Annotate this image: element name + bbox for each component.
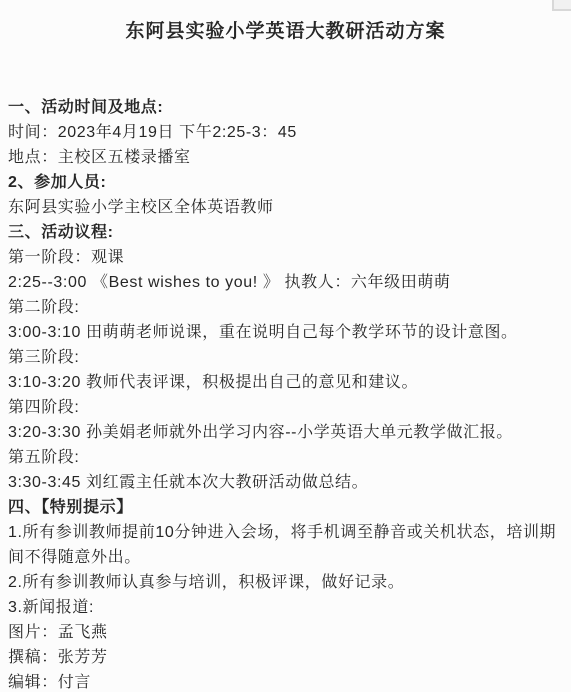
- document-line-phase1-detail: 2:25--3:00 《Best wishes to you! 》 执教人：六年…: [8, 270, 567, 295]
- section-heading-time-location: 一、活动时间及地点:: [8, 95, 567, 120]
- document-line-phase4-detail: 3:20-3:30 孙美娟老师就外出学习内容--小学英语大单元教学做汇报。: [8, 420, 567, 445]
- document-line-editor-credit: 编辑：付言: [8, 670, 567, 692]
- document-body: 一、活动时间及地点: 时间：2023年4月19日 下午2:25-3：45 地点：…: [0, 95, 571, 692]
- document-line-phase4-label: 第四阶段:: [8, 395, 567, 420]
- document-line-participants: 东阿县实验小学主校区全体英语教师: [8, 195, 567, 220]
- section-heading-special-notes: 四、【特别提示】: [8, 495, 567, 520]
- document-line-writer-credit: 撰稿：张芳芳: [8, 645, 567, 670]
- cropped-window-corner-artifact: [552, 0, 571, 11]
- document-line-location: 地点：主校区五楼录播室: [8, 145, 567, 170]
- document-line-phase5-detail: 3:30-3:45 刘红霞主任就本次大教研活动做总结。: [8, 470, 567, 495]
- document-line-phase1-label: 第一阶段：观课: [8, 245, 567, 270]
- document-line-note2: 2.所有参训教师认真参与培训，积极评课，做好记录。: [8, 570, 567, 595]
- document-line-phase3-label: 第三阶段:: [8, 345, 567, 370]
- section-heading-agenda: 三、活动议程:: [8, 220, 567, 245]
- section-heading-participants: 2、参加人员:: [8, 170, 567, 195]
- document-line-note3: 3.新闻报道:: [8, 595, 567, 620]
- document-line-phase3-detail: 3:10-3:20 教师代表评课，积极提出自己的意见和建议。: [8, 370, 567, 395]
- document-line-phase2-detail: 3:00-3:10 田萌萌老师说课，重在说明自己每个教学环节的设计意图。: [8, 320, 567, 345]
- document-line-photo-credit: 图片：孟飞燕: [8, 620, 567, 645]
- page-title: 东阿县实验小学英语大教研活动方案: [0, 16, 571, 43]
- document-line-phase2-label: 第二阶段:: [8, 295, 567, 320]
- document-line-note1: 1.所有参训教师提前10分钟进入会场，将手机调至静音或关机状态，培训期间不得随意…: [8, 520, 567, 570]
- document-line-phase5-label: 第五阶段:: [8, 445, 567, 470]
- document-line-time: 时间：2023年4月19日 下午2:25-3：45: [8, 120, 567, 145]
